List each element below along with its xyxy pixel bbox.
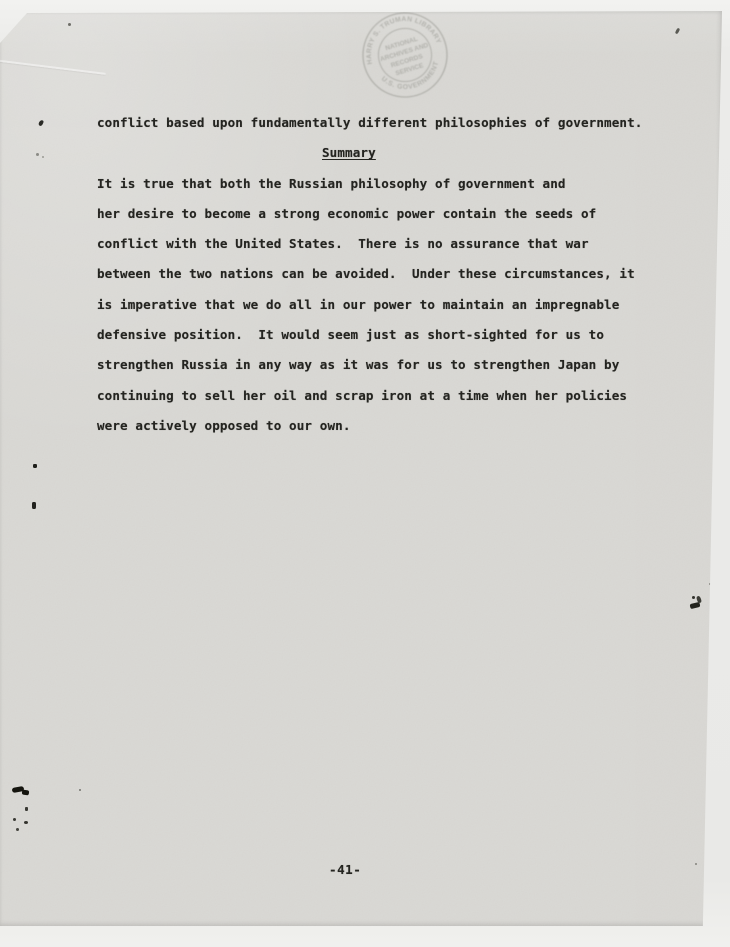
- ink-speck: [16, 828, 19, 831]
- ink-speck: [675, 28, 680, 35]
- ink-speck: [32, 502, 36, 509]
- body-line: between the two nations can be avoided. …: [97, 259, 657, 289]
- body-line: defensive position. It would seem just a…: [97, 320, 657, 350]
- page-number: -41-: [329, 862, 361, 877]
- body-line: conflict with the United States. There i…: [97, 229, 657, 259]
- body-line: were actively opposed to our own.: [97, 411, 657, 441]
- document-page: HARRY S. TRUMAN LIBRARY U.S. GOVERNMENT …: [0, 11, 722, 926]
- archive-stamp: HARRY S. TRUMAN LIBRARY U.S. GOVERNMENT …: [345, 0, 465, 115]
- body-line: is imperative that we do all in our powe…: [97, 290, 657, 320]
- ink-speck: [692, 596, 695, 599]
- ink-speck: [24, 821, 28, 824]
- ink-speck: [709, 583, 711, 585]
- ink-speck: [25, 807, 28, 811]
- summary-heading: Summary: [322, 138, 657, 168]
- ink-speck: [33, 464, 37, 468]
- ink-speck: [22, 790, 30, 796]
- intro-line: conflict based upon fundamentally differ…: [97, 108, 657, 138]
- ink-speck: [13, 818, 16, 821]
- scanned-document-image: HARRY S. TRUMAN LIBRARY U.S. GOVERNMENT …: [0, 0, 730, 947]
- ink-speck: [42, 156, 44, 158]
- ink-speck: [79, 789, 81, 791]
- ink-speck: [68, 23, 71, 26]
- ink-speck: [38, 119, 44, 126]
- body-line: It is true that both the Russian philoso…: [97, 169, 657, 199]
- body-line: her desire to become a strong economic p…: [97, 199, 657, 229]
- ink-speck: [36, 153, 39, 156]
- document-text: conflict based upon fundamentally differ…: [97, 108, 657, 441]
- body-line: continuing to sell her oil and scrap iro…: [97, 381, 657, 411]
- paper-crease: [0, 59, 106, 75]
- ink-speck: [695, 863, 697, 865]
- body-line: strengthen Russia in any way as it was f…: [97, 350, 657, 380]
- summary-paragraph: It is true that both the Russian philoso…: [97, 169, 657, 442]
